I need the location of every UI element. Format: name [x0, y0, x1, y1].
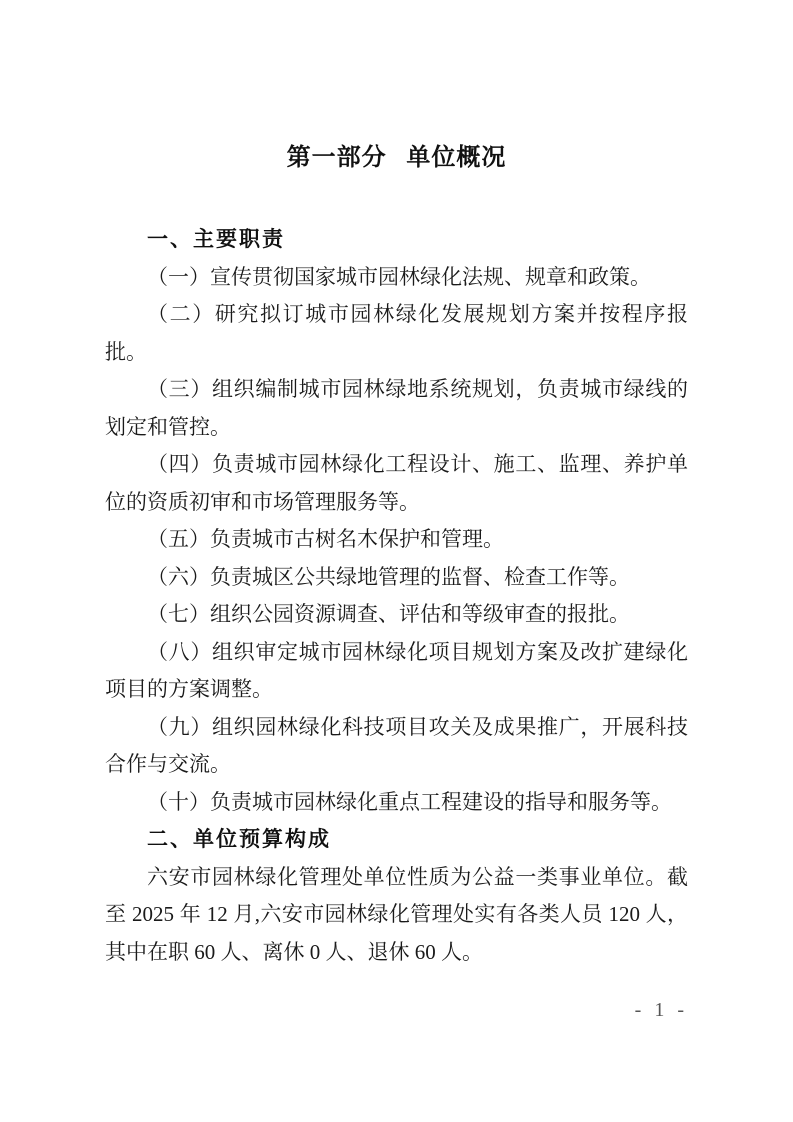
duty-paragraph-6: （六）负责城区公共绿地管理的监督、检查工作等。 [105, 559, 688, 597]
duty-paragraph-4: （四）负责城市园林绿化工程设计、施工、监理、养护单位的资质初审和市场管理服务等。 [105, 446, 688, 521]
page-number: - 1 - [635, 997, 688, 1023]
duty-paragraph-2: （二）研究拟订城市园林绿化发展规划方案并按程序报批。 [105, 296, 688, 371]
duty-paragraph-9: （九）组织园林绿化科技项目攻关及成果推广，开展科技合作与交流。 [105, 709, 688, 784]
duty-paragraph-7: （七）组织公园资源调查、评估和等级审查的报批。 [105, 596, 688, 634]
page-title: 第一部分 单位概况 [0, 142, 793, 174]
duty-paragraph-5: （五）负责城市古树名木保护和管理。 [105, 521, 688, 559]
budget-composition-paragraph: 六安市园林绿化管理处单位性质为公益一类事业单位。截至 2025 年 12 月,六… [105, 859, 688, 972]
document-body: 一、主要职责 （一）宣传贯彻国家城市园林绿化法规、规章和政策。 （二）研究拟订城… [105, 221, 688, 971]
section-heading-main-duties: 一、主要职责 [105, 221, 688, 259]
duty-paragraph-1: （一）宣传贯彻国家城市园林绿化法规、规章和政策。 [105, 259, 688, 297]
duty-paragraph-8: （八）组织审定城市园林绿化项目规划方案及改扩建绿化项目的方案调整。 [105, 634, 688, 709]
duty-paragraph-10: （十）负责城市园林绿化重点工程建设的指导和服务等。 [105, 784, 688, 822]
document-page: 第一部分 单位概况 一、主要职责 （一）宣传贯彻国家城市园林绿化法规、规章和政策… [0, 0, 793, 1122]
section-heading-budget-composition: 二、单位预算构成 [105, 821, 688, 859]
duty-paragraph-3: （三）组织编制城市园林绿地系统规划，负责城市绿线的划定和管控。 [105, 371, 688, 446]
